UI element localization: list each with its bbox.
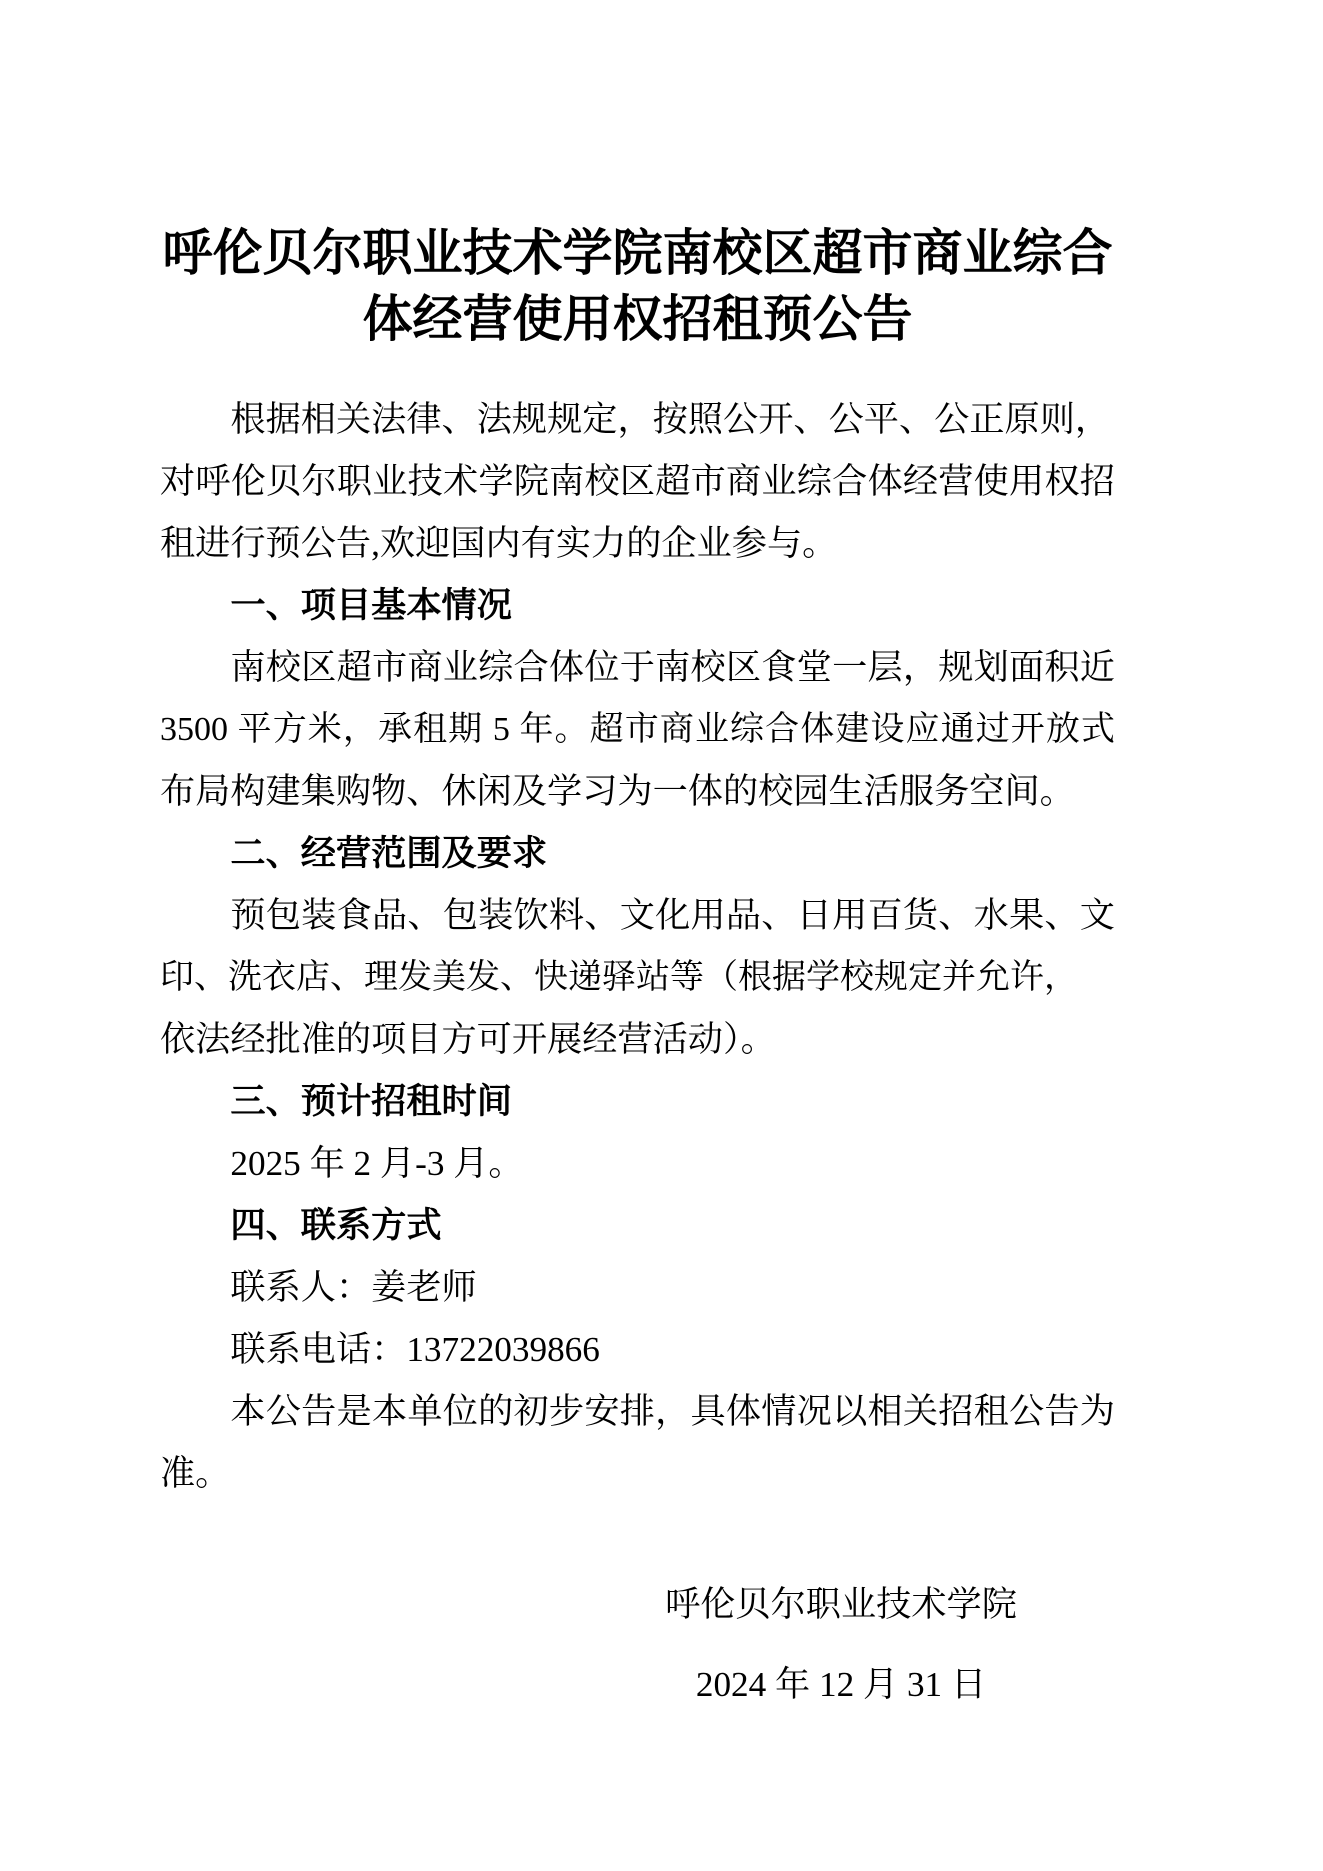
- document-page: 呼伦贝尔职业技术学院南校区超市商业综合 体经营使用权招租预公告 根据相关法律、法…: [0, 0, 1323, 1871]
- paragraph-line: 依法经批准的项目方可开展经营活动）。: [160, 1009, 1115, 1071]
- title-line-1: 呼伦贝尔职业技术学院南校区超市商业综合: [160, 220, 1115, 286]
- lease-period-line: 2025 年 2 月-3 月。: [160, 1133, 1115, 1195]
- contact-phone-line: 联系电话：13722039866: [160, 1319, 1115, 1381]
- document-title: 呼伦贝尔职业技术学院南校区超市商业综合 体经营使用权招租预公告: [160, 220, 1115, 352]
- document-body: 根据相关法律、法规规定，按照公开、公平、公正原则， 对呼伦贝尔职业技术学院南校区…: [160, 389, 1115, 1505]
- title-line-2: 体经营使用权招租预公告: [160, 286, 1115, 352]
- paragraph-line: 本公告是本单位的初步安排，具体情况以相关招租公告为: [160, 1381, 1115, 1443]
- section-heading-1: 一、项目基本情况: [160, 575, 1115, 637]
- signature-date: 2024 年 12 月 31 日: [651, 1645, 1031, 1725]
- paragraph-line: 准。: [160, 1443, 1115, 1505]
- section-heading-3: 三、预计招租时间: [160, 1071, 1115, 1133]
- signature-block: 呼伦贝尔职业技术学院 2024 年 12 月 31 日: [651, 1565, 1031, 1725]
- paragraph-line: 南校区超市商业综合体位于南校区食堂一层，规划面积近: [160, 637, 1115, 699]
- paragraph-line: 根据相关法律、法规规定，按照公开、公平、公正原则，: [160, 389, 1115, 451]
- paragraph-line: 预包装食品、包装饮料、文化用品、日用百货、水果、文: [160, 885, 1115, 947]
- paragraph-line: 对呼伦贝尔职业技术学院南校区超市商业综合体经营使用权招: [160, 451, 1115, 513]
- paragraph-line: 印、洗衣店、理发美发、快递驿站等（根据学校规定并允许，: [160, 947, 1115, 1009]
- signature-organization: 呼伦贝尔职业技术学院: [651, 1565, 1031, 1645]
- paragraph-line: 布局构建集购物、休闲及学习为一体的校园生活服务空间。: [160, 761, 1115, 823]
- paragraph-line: 3500 平方米，承租期 5 年。超市商业综合体建设应通过开放式: [160, 699, 1115, 761]
- section-heading-4: 四、联系方式: [160, 1195, 1115, 1257]
- section-heading-2: 二、经营范围及要求: [160, 823, 1115, 885]
- contact-person-line: 联系人：姜老师: [160, 1257, 1115, 1319]
- paragraph-line: 租进行预公告,欢迎国内有实力的企业参与。: [160, 513, 1115, 575]
